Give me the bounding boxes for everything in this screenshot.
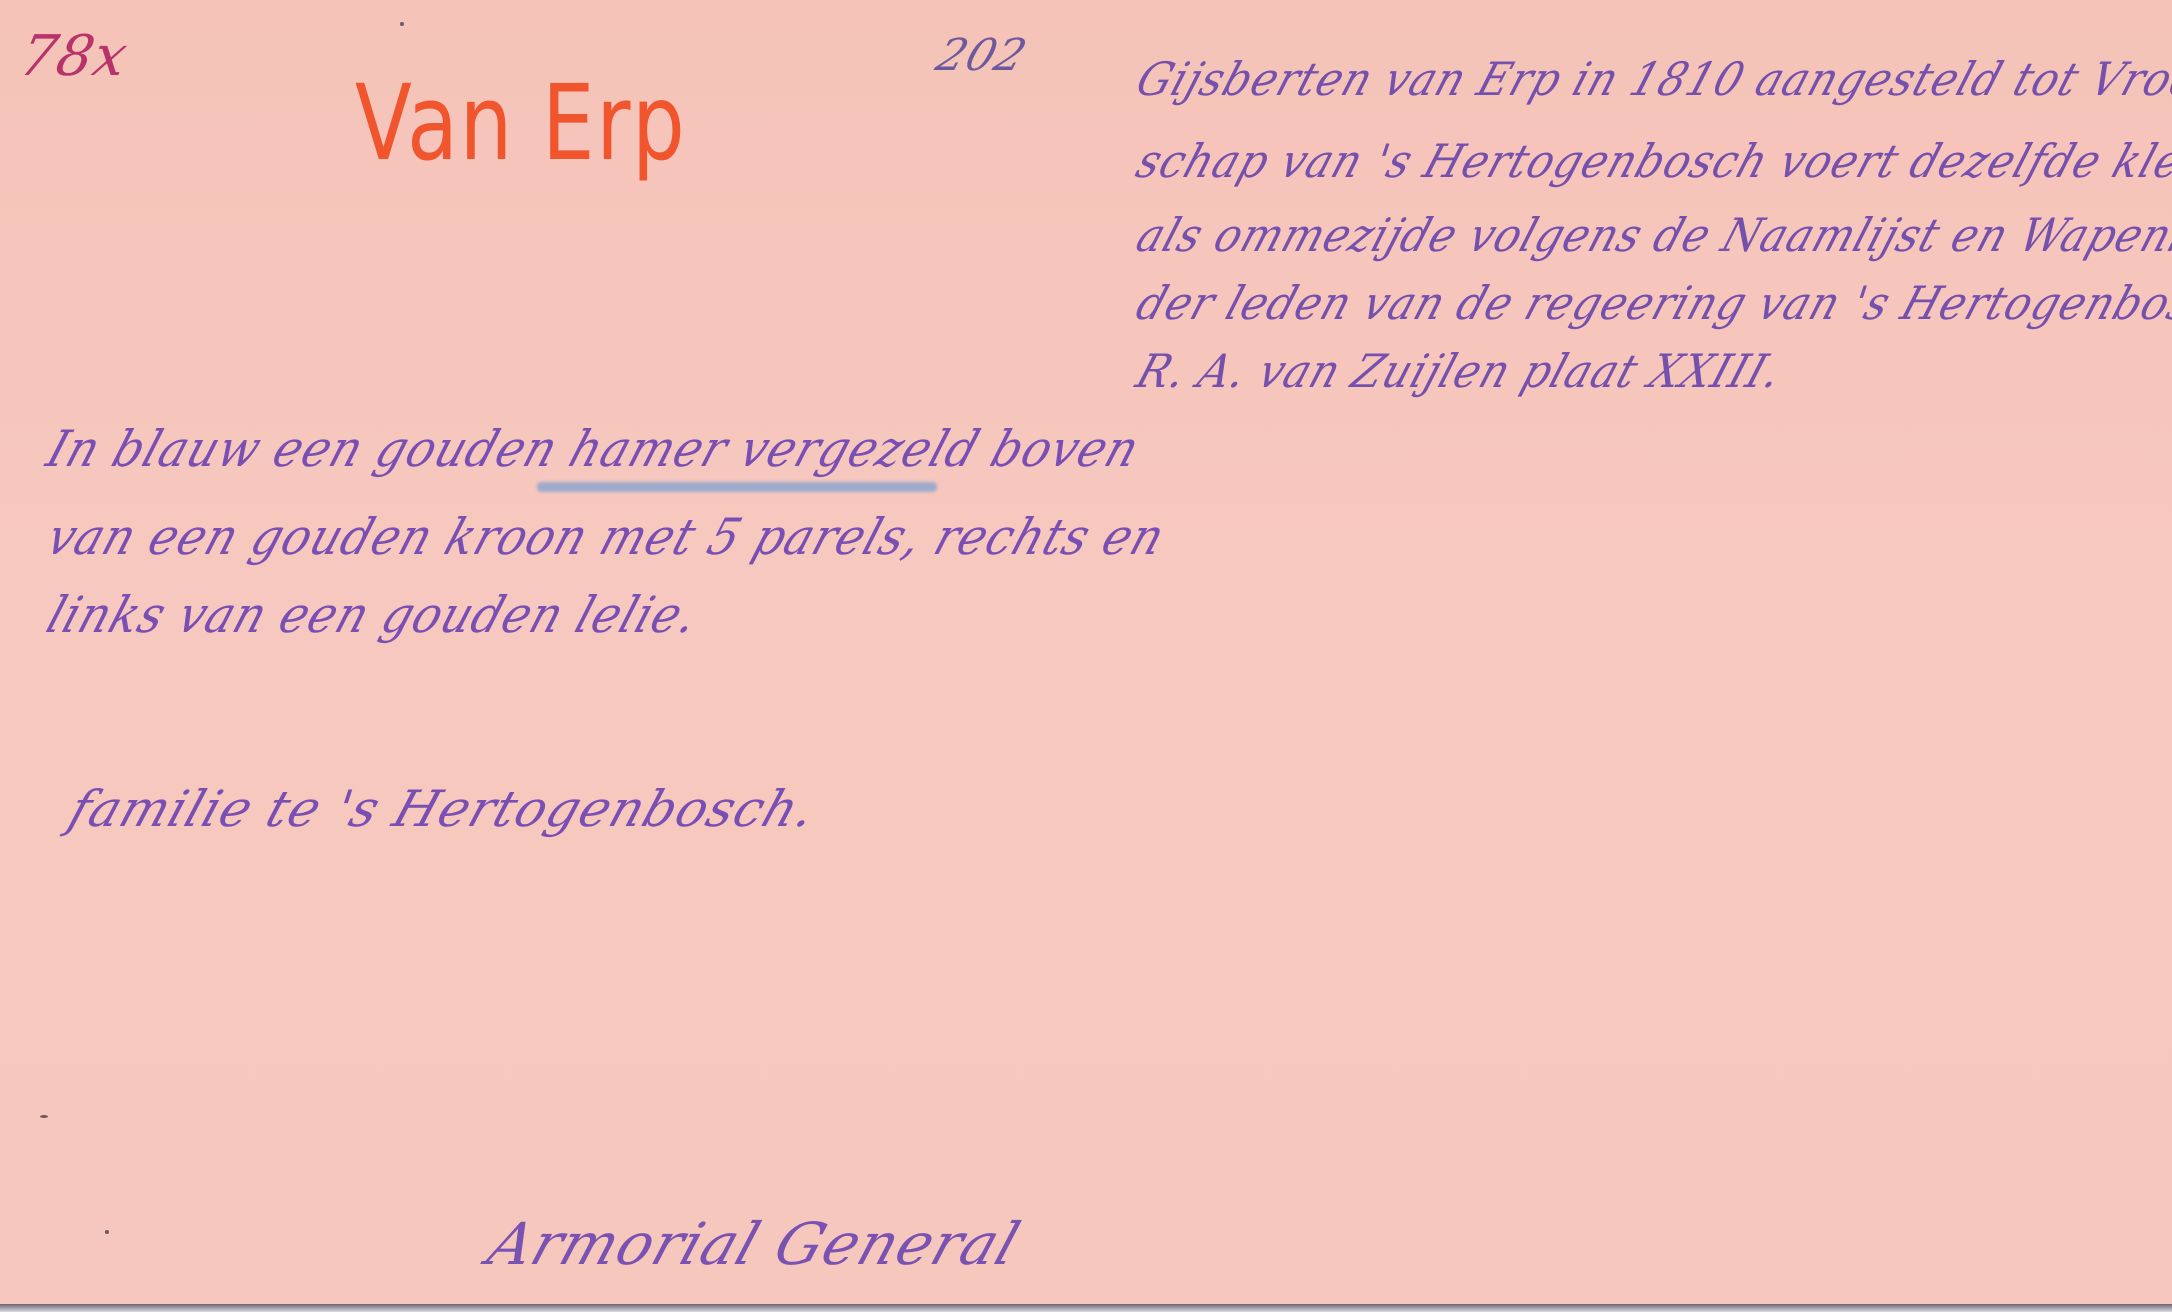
note-line: schap van 's Hertogenbosch voert dezelfd… bbox=[1130, 134, 2172, 188]
blazon-line: In blauw een gouden hamer vergezeld bove… bbox=[40, 420, 1147, 478]
family-location-note: familie te 's Hertogenbosch. bbox=[62, 780, 824, 838]
paper-speck bbox=[105, 1230, 109, 1234]
note-line: R. A. van Zuijlen plaat XXIII. bbox=[1130, 344, 1789, 398]
blazon-line: links van een gouden lelie. bbox=[40, 586, 706, 644]
paper-speck bbox=[400, 22, 404, 26]
source-reference: Armorial General bbox=[480, 1210, 1029, 1278]
page-reference: 202 bbox=[930, 30, 1034, 81]
note-line: Gijsberten van Erp in 1810 aangesteld to… bbox=[1130, 52, 2172, 106]
index-number: 78x bbox=[14, 24, 134, 89]
note-line: der leden van de regeering van 's Hertog… bbox=[1130, 276, 2172, 330]
family-name-title: Van Erp bbox=[355, 62, 686, 184]
note-line: als ommezijde volgens de Naamlijst en Wa… bbox=[1130, 208, 2172, 262]
paper-speck bbox=[40, 1115, 48, 1118]
blue-pencil-underline bbox=[537, 482, 937, 492]
archive-index-card: 78x Van Erp 202 Gijsberten van Erp in 18… bbox=[0, 0, 2172, 1304]
blazon-line: van een gouden kroon met 5 parels, recht… bbox=[40, 508, 1173, 566]
